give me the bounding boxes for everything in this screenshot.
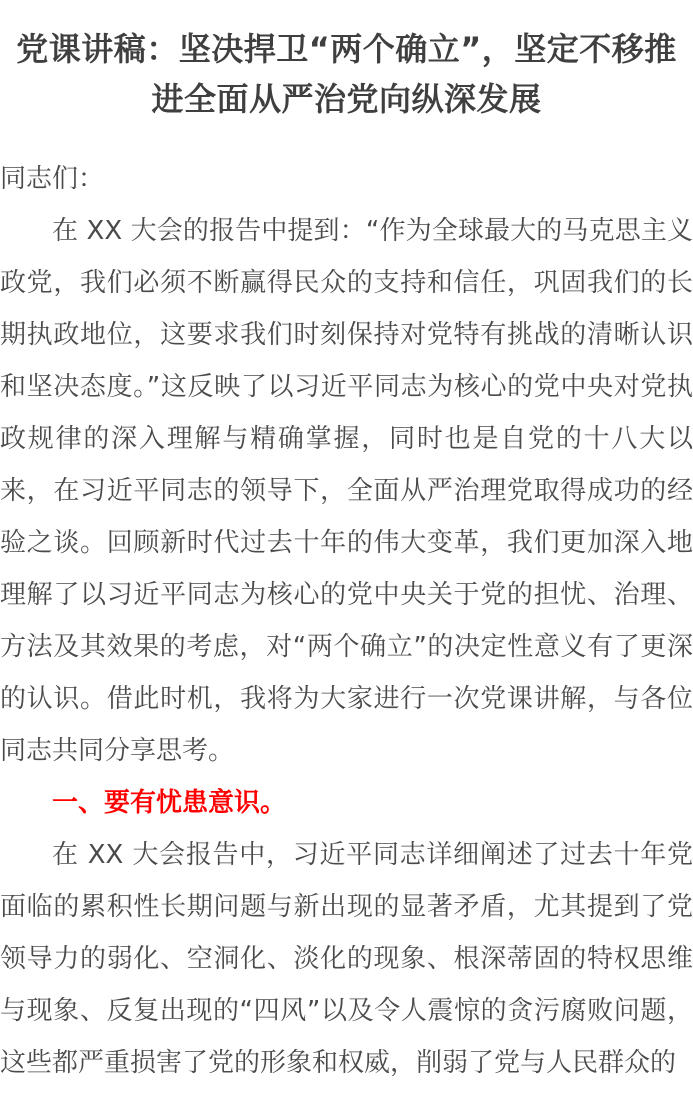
paragraph-intro: 在 XX 大会的报告中提到：“作为全球最大的马克思主义政党，我们必须不断赢得民众… [0, 205, 693, 777]
document-title: 党课讲稿：坚决捍卫“两个确立”，坚定不移推进全面从严治党向纵深发展 [0, 24, 693, 124]
salutation: 同志们： [0, 153, 693, 205]
document-page: 党课讲稿：坚决捍卫“两个确立”，坚定不移推进全面从严治党向纵深发展 同志们： 在… [0, 0, 693, 1097]
paragraph-section-1: 在 XX 大会报告中，习近平同志详细阐述了过去十年党面临的累积性长期问题与新出现… [0, 829, 693, 1089]
section-heading-1: 一、要有忧患意识。 [0, 777, 693, 829]
